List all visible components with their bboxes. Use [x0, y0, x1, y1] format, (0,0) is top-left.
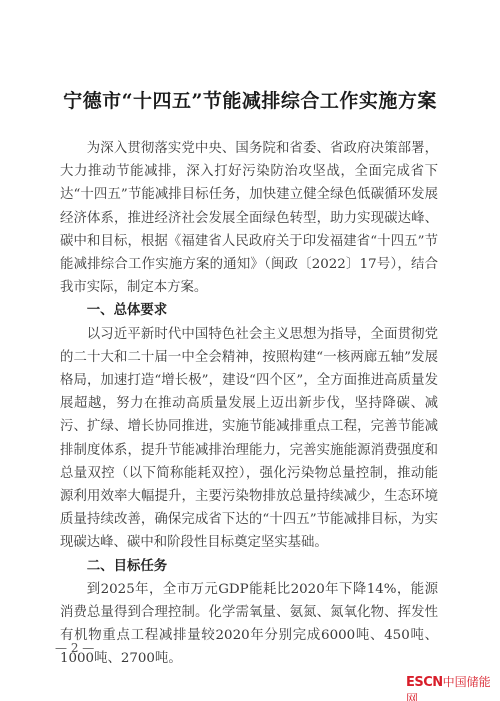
logo-brand-text: ESCN	[406, 675, 443, 690]
section-heading-targets: 二、目标任务	[60, 555, 438, 578]
page-number: — 2 —	[55, 641, 94, 655]
document-body: 为深入贯彻落实党中央、国务院和省委、省政府决策部署，大力推动节能减排，深入打好污…	[60, 137, 438, 671]
escn-watermark-logo: ESCN中国储能网	[406, 673, 500, 701]
document-title: 宁德市“十四五”节能减排综合工作实施方案	[0, 86, 500, 113]
section-paragraph-overall-requirements: 以习近平新时代中国特色社会主义思想为指导，全面贯彻党的二十大和二十届一中全会精神…	[60, 323, 438, 555]
intro-paragraph: 为深入贯彻落实党中央、国务院和省委、省政府决策部署，大力推动节能减排，深入打好污…	[60, 137, 438, 299]
section-paragraph-targets: 到2025年，全市万元GDP能耗比2020年下降14%，能源消费总量得到合理控制…	[60, 578, 438, 671]
section-heading-overall-requirements: 一、总体要求	[60, 299, 438, 322]
